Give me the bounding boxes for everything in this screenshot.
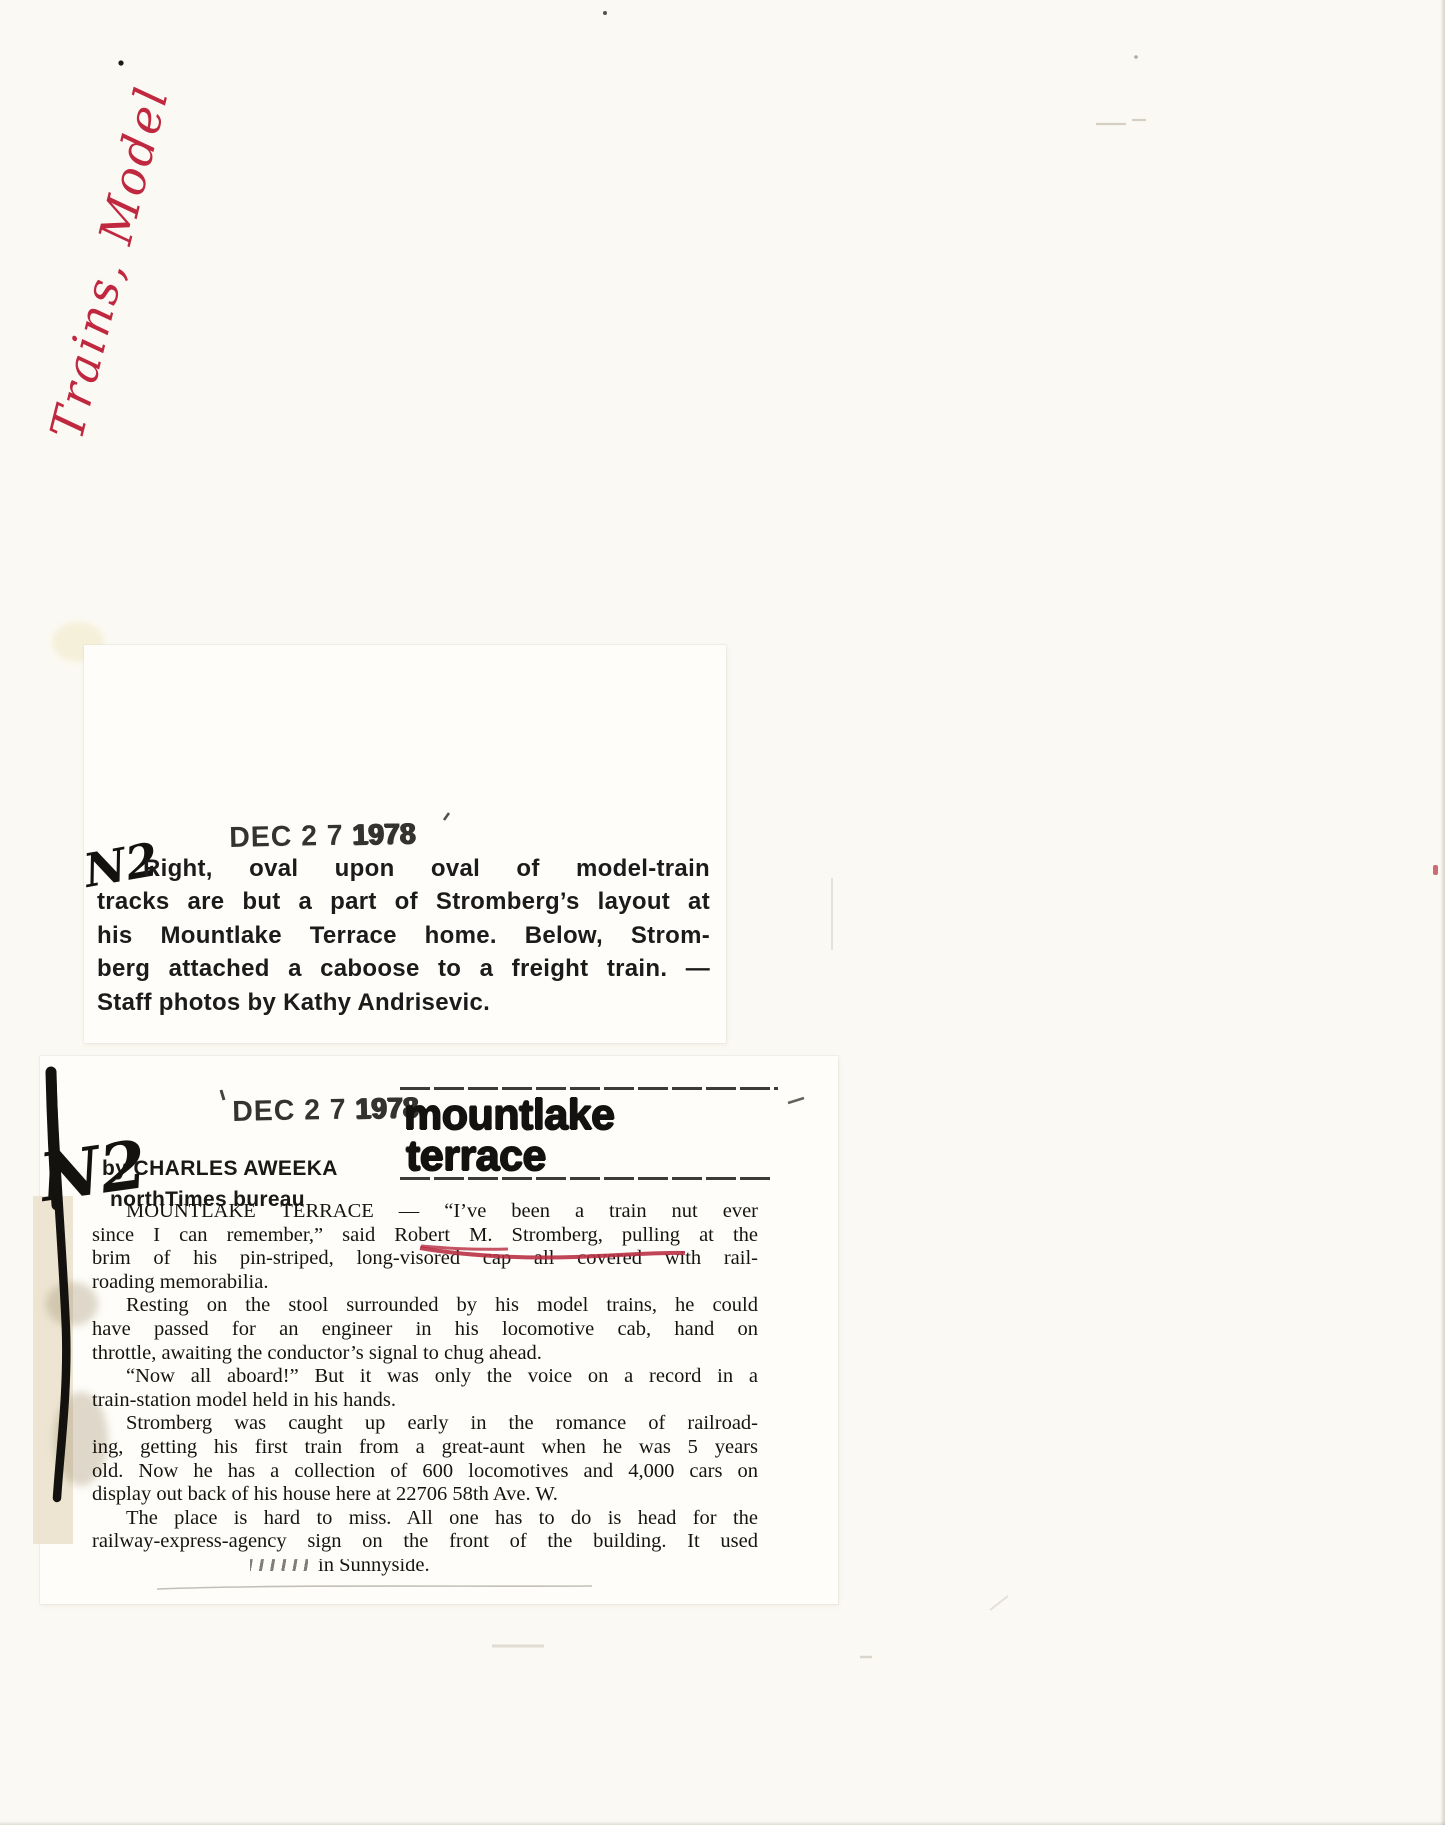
faint-scratch — [990, 1596, 1008, 1610]
body-line: throttle, awaiting the conductor’s signa… — [92, 1342, 758, 1366]
red-handwriting-note: Trains, Model — [39, 80, 183, 446]
body-line: railway-express-agency sign on the front… — [92, 1530, 758, 1554]
torn-smudge — [250, 1558, 308, 1571]
caption-line: berg attached a caboose to a freight tra… — [97, 952, 710, 985]
article-handwritten-mark: N2 — [36, 1131, 150, 1211]
body-line: Stromberg was caught up early in the rom… — [92, 1412, 758, 1436]
body-line: ing, getting his first train from a grea… — [92, 1436, 758, 1460]
body-line: “Now all aboard!” But it was only the vo… — [92, 1365, 758, 1389]
headline-rule-top — [400, 1087, 778, 1090]
caption-date-stamp-year: 1978 — [352, 818, 416, 851]
headline-line-1: mountlake — [404, 1095, 615, 1136]
article-headline: mountlake terrace — [404, 1095, 615, 1177]
caption-line: Staff photos by Kathy Andrisevic. — [97, 986, 710, 1019]
ink-speck — [1134, 55, 1138, 59]
faint-dash-marks — [1096, 120, 1146, 124]
tape-strip — [33, 1196, 73, 1544]
body-line: Resting on the stool surrounded by his m… — [92, 1294, 758, 1318]
headline-line-2: terrace — [406, 1136, 615, 1177]
red-edge-mark — [1433, 865, 1438, 875]
caption-line: his Mountlake Terrace home. Below, Strom… — [97, 919, 710, 952]
body-line: The place is hard to miss. All one has t… — [92, 1507, 758, 1531]
ink-smudge — [46, 1282, 98, 1326]
body-line: train-station model held in his hands. — [92, 1389, 758, 1413]
caption-date-stamp: DEC 2 7 1978 — [229, 818, 416, 855]
article-date-stamp-prefix: DEC 2 7 — [232, 1094, 347, 1128]
caption-line: Right, oval upon oval of model-train — [97, 852, 710, 885]
body-line: roading memorabilia. — [92, 1271, 758, 1295]
article-body: MOUNTLAKE TERRACE — “I’ve been a train n… — [92, 1200, 758, 1578]
ink-speck — [118, 60, 123, 65]
caption-line: tracks are but a part of Stromberg’s lay… — [97, 885, 710, 918]
body-line: have passed for an engineer in his locom… — [92, 1318, 758, 1342]
page-right-edge-shadow — [1440, 0, 1445, 1825]
caption-text-block: Right, oval upon oval of model-train tra… — [97, 852, 710, 1019]
page-bottom-edge-shadow — [0, 1821, 1445, 1825]
ink-speck — [603, 11, 607, 15]
body-line: brim of his pin-striped, long-visored ca… — [92, 1247, 758, 1271]
scanned-scrapbook-page: Trains, Model DEC 2 7 1978 N2 Right, ova… — [0, 0, 1445, 1825]
body-line: since I can remember,” said Robert M. St… — [92, 1224, 758, 1248]
torn-line-text: in Sunnyside. — [318, 1554, 430, 1576]
torn-last-line: in Sunnyside. — [92, 1554, 758, 1578]
body-line: display out back of his house here at 22… — [92, 1483, 758, 1507]
article-date-stamp: DEC 2 7 1978 — [232, 1092, 419, 1129]
body-line: MOUNTLAKE TERRACE — “I’ve been a train n… — [92, 1200, 758, 1224]
caption-date-stamp-prefix: DEC 2 7 — [229, 820, 344, 854]
body-line: old. Now he has a collection of 600 loco… — [92, 1460, 758, 1484]
